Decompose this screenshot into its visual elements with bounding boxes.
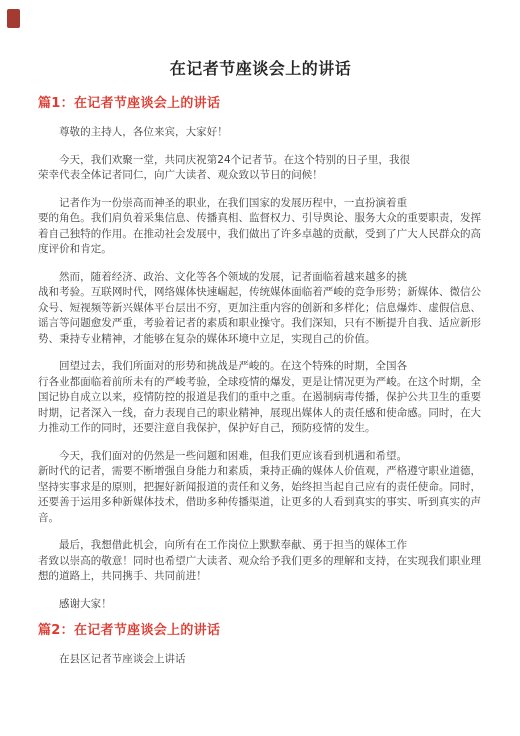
- paragraph-greeting: 尊敬的主持人，各位来宾，大家好！: [38, 125, 483, 141]
- paragraph-closing: 最后，我想借此机会，向所有在工作岗位上默默奉献、勇于担当的媒体工作 者致以崇高的…: [38, 538, 483, 585]
- paragraph-outlook: 今天，我们面对的仍然是一些问题和困难，但我们更应该看到机遇和希望。 新时代的记者…: [38, 449, 483, 527]
- paragraph-retrospect: 回望过去，我们所面对的形势和挑战是严峻的。在这个特殊的时期，全国各 行各业都面临…: [38, 359, 483, 437]
- section-2-heading: 篇2：在记者节座谈会上的讲话: [38, 622, 483, 640]
- paragraph-opening: 今天，我们欢聚一堂，共同庆祝第24个记者节。在这个特别的日子里，我很 荣幸代表全…: [38, 153, 483, 184]
- document-title: 在记者节座谈会上的讲话: [38, 58, 483, 80]
- section-1: 篇1：在记者节座谈会上的讲话 尊敬的主持人，各位来宾，大家好！ 今天，我们欢聚一…: [38, 95, 483, 612]
- paragraph-challenges: 然而，随着经济、政治、文化等各个领域的发展，记者面临着越来越多的挑 战和考验。互…: [38, 270, 483, 348]
- paragraph-profession: 记者作为一份崇高而神圣的职业，在我们国家的发展历程中，一直扮演着重 要的角色。我…: [38, 196, 483, 258]
- section-2: 篇2：在记者节座谈会上的讲话 在县区记者节座谈会上讲话: [38, 622, 483, 668]
- section-1-heading: 篇1：在记者节座谈会上的讲话: [38, 95, 483, 113]
- document-content: 在记者节座谈会上的讲话 篇1：在记者节座谈会上的讲话 尊敬的主持人，各位来宾，大…: [0, 58, 520, 668]
- paragraph-thanks: 感谢大家！: [38, 597, 483, 613]
- document-page: 在记者节座谈会上的讲话 篇1：在记者节座谈会上的讲话 尊敬的主持人，各位来宾，大…: [0, 0, 520, 736]
- paragraph-county-title: 在县区记者节座谈会上讲话: [38, 652, 483, 668]
- red-bookmark-icon: [7, 9, 20, 28]
